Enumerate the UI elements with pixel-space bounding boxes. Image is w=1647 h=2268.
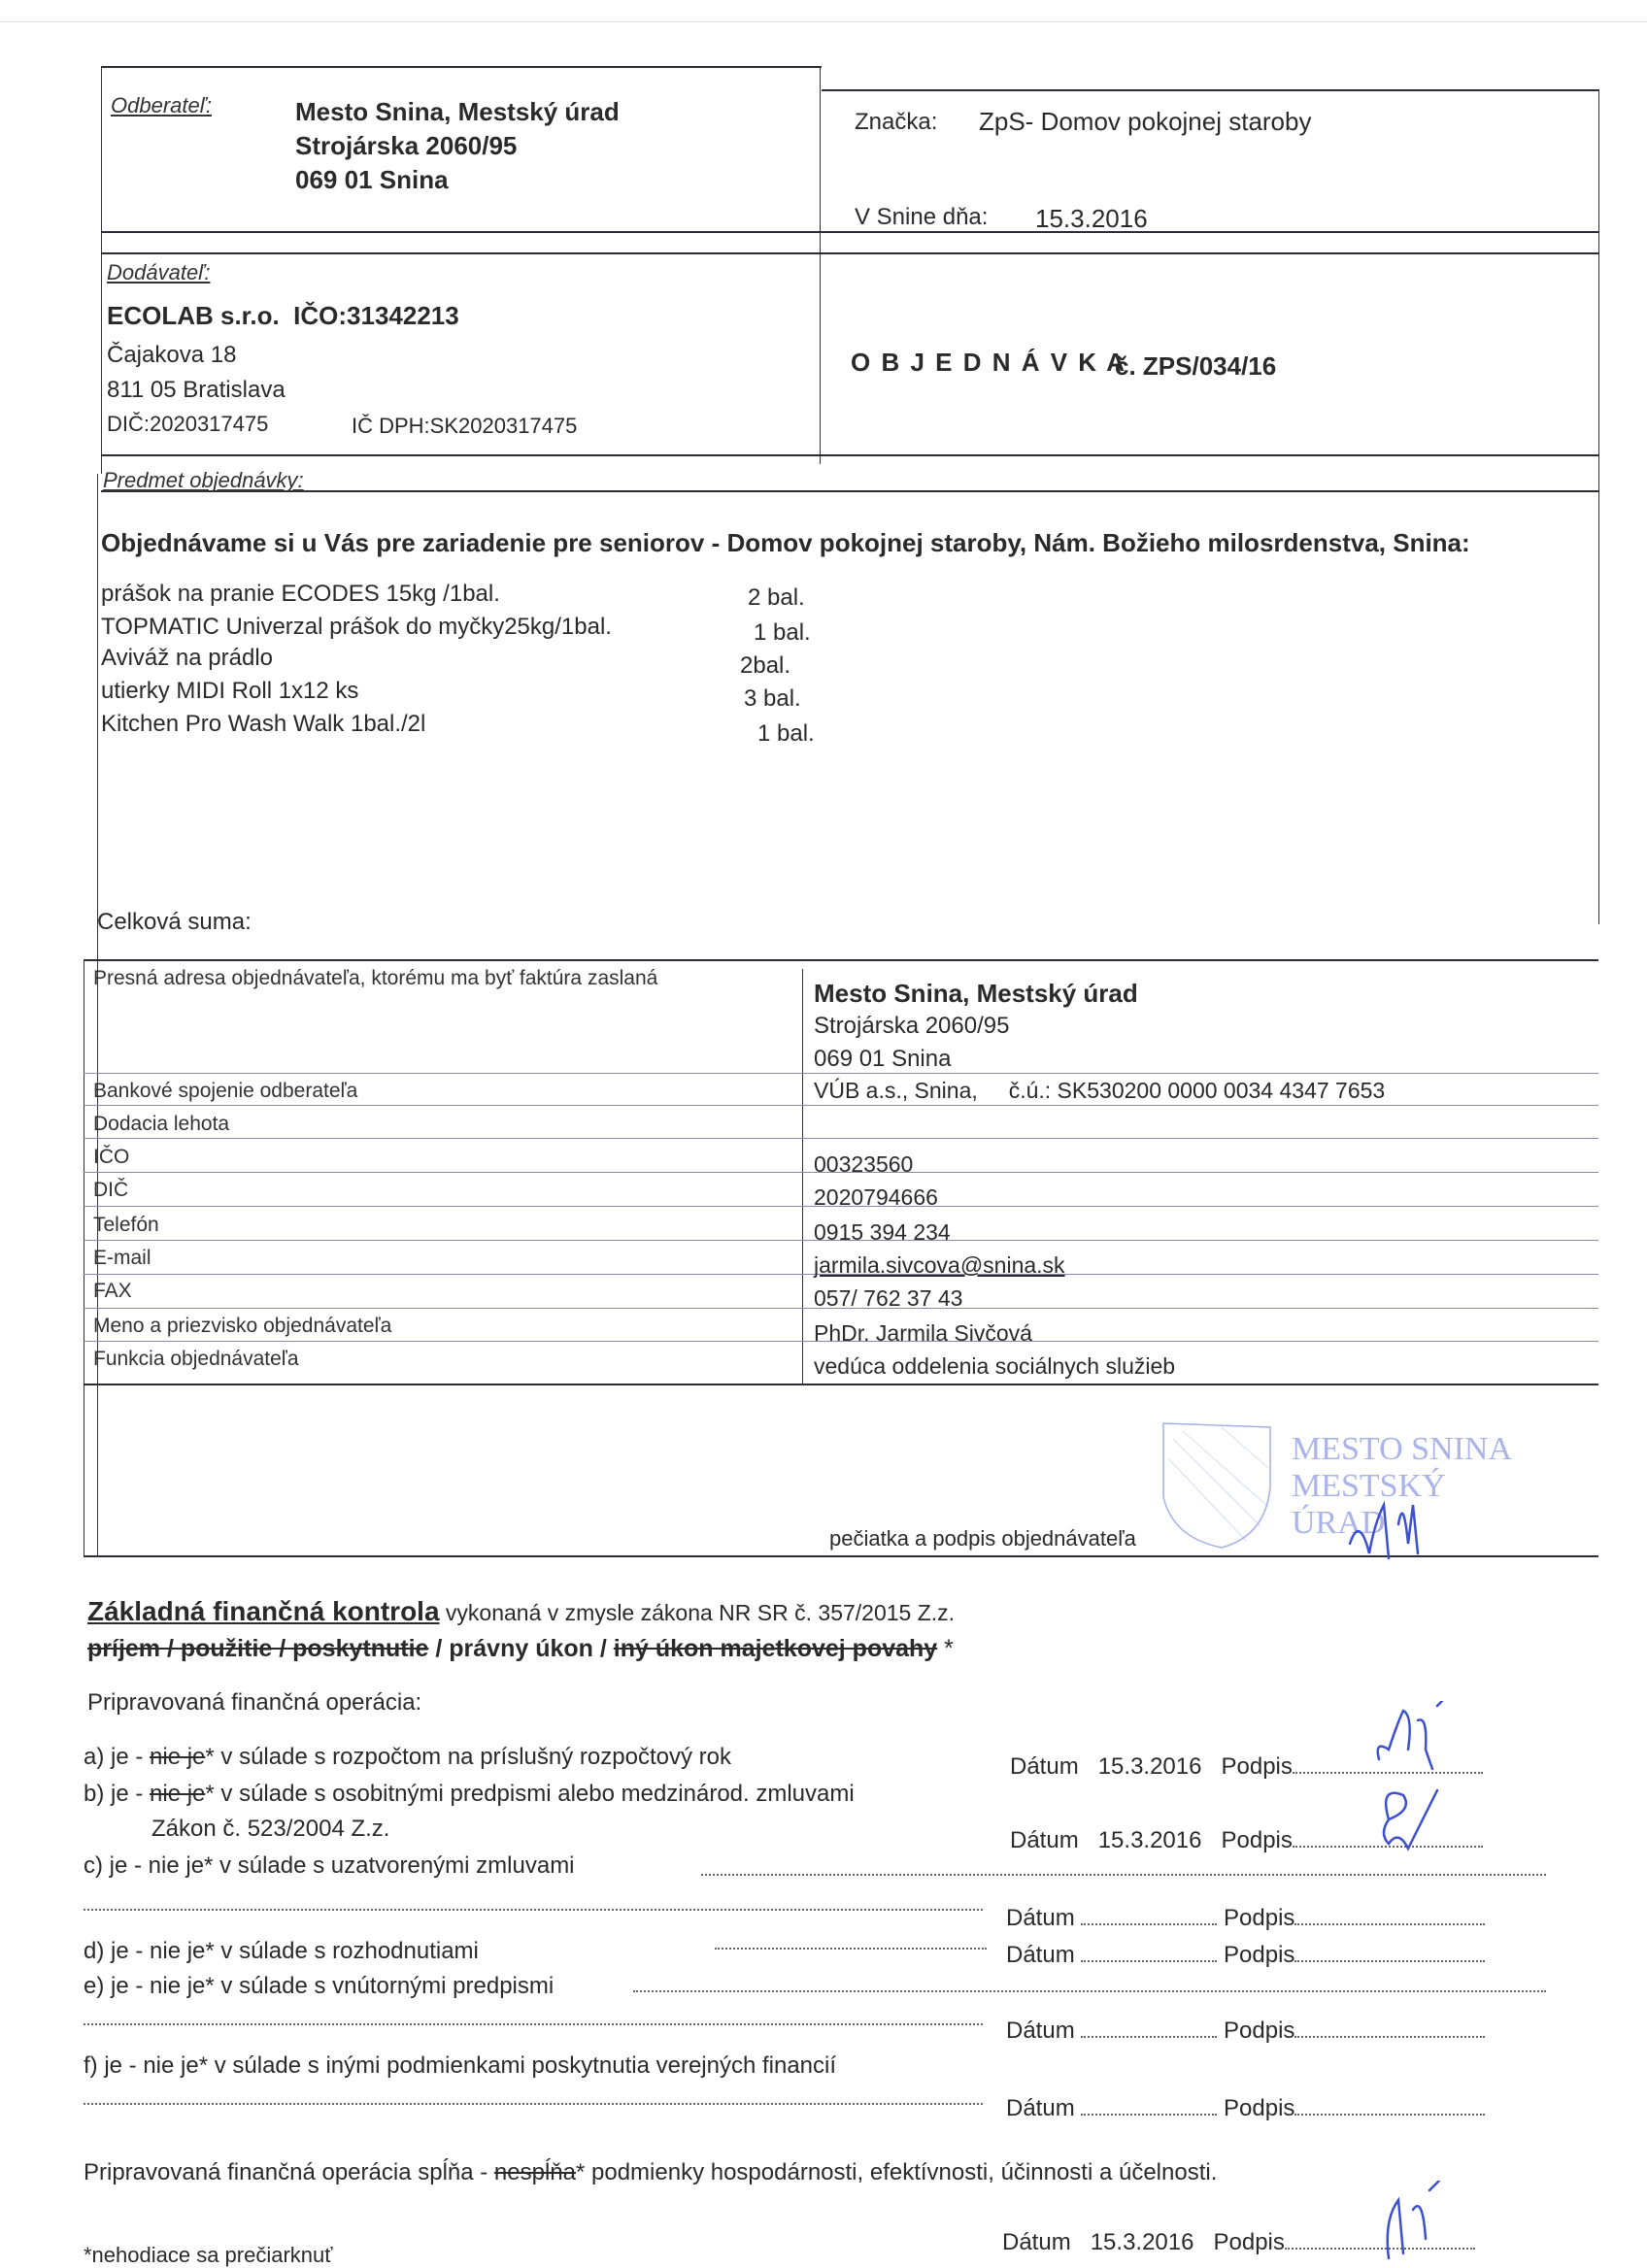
date-line[interactable]	[1081, 1960, 1217, 1962]
final-statement: Pripravovaná finančná operácia spĺňa - n…	[84, 2159, 1217, 2186]
order-intro: Objednávame si u Vás pre zariadenie pre …	[101, 528, 1470, 558]
buyer-street: Strojárska 2060/95	[295, 129, 620, 163]
item-qty: 2bal.	[740, 652, 790, 680]
sign-label: Podpis	[1224, 2018, 1294, 2044]
mark-value: ZpS- Domov pokojnej staroby	[979, 107, 1311, 137]
item-name: utierky MIDI Roll 1x12 ks	[101, 678, 358, 705]
dotted-line[interactable]	[84, 2103, 983, 2105]
row-value: 0915 394 234	[814, 1219, 951, 1246]
dotted-line[interactable]	[701, 1874, 1546, 1876]
row-value: vedúca oddelenia sociálnych služieb	[814, 1353, 1175, 1380]
invoice-address-name: Mesto Snina, Mestský úrad	[814, 977, 1138, 1010]
buyer-label: Odberateľ:	[111, 93, 212, 118]
mark-label: Značka:	[855, 109, 937, 136]
buyer-name: Mesto Snina, Mestský úrad	[295, 95, 620, 129]
control-item-b-law: Zákon č. 523/2004 Z.z.	[151, 1816, 389, 1843]
date-value: 15.3.2016	[1091, 2229, 1194, 2255]
date-value: 15.3.2016	[1098, 1753, 1202, 1780]
struck-text: iný úkon majetkovej povahy	[614, 1635, 937, 1662]
row-label: Meno a priezvisko objednávateľa	[93, 1315, 391, 1338]
supplier-city: 811 05 Bratislava	[107, 377, 286, 404]
stamp-line: MESTO SNINA	[1292, 1431, 1532, 1468]
control-item-c: c) je - nie je* v súlade s uzatvorenými …	[84, 1852, 575, 1880]
row-label: FAX	[93, 1280, 132, 1303]
control-heading: Základná finančná kontrola vykonaná v zm…	[87, 1596, 955, 1627]
total-label: Celková suma:	[97, 909, 252, 936]
date-line[interactable]	[1081, 1923, 1217, 1925]
sign-label: Podpis	[1222, 1827, 1293, 1853]
date-label: Dátum	[1006, 2018, 1075, 2044]
item-name: prášok na pranie ECODES 15kg /1bal.	[101, 581, 500, 608]
supplier-label: Dodávateľ:	[107, 260, 210, 285]
row-label: Telefón	[93, 1214, 159, 1237]
control-title: Základná finančná kontrola	[87, 1596, 440, 1626]
row-value: 057/ 762 37 43	[814, 1285, 962, 1312]
signature-icon	[1360, 1781, 1476, 1858]
row-label: IČO	[93, 1146, 129, 1169]
signature-line[interactable]	[1294, 1923, 1485, 1925]
supplier-dic: DIČ:2020317475	[107, 412, 268, 437]
control-sign-f: Dátum Podpis	[1006, 2095, 1485, 2122]
item-qty: 1 bal.	[754, 619, 811, 647]
date-value: 15.3.2016	[1035, 204, 1148, 234]
signature-line[interactable]	[1294, 2114, 1485, 2116]
kept-text: / právny úkon /	[428, 1635, 613, 1662]
signature-icon	[1360, 1701, 1476, 1779]
row-value: 2020794666	[814, 1184, 938, 1211]
invoice-address-label: Presná adresa objednávateľa, ktorému ma …	[93, 967, 657, 990]
date-label: Dátum	[1002, 2229, 1071, 2255]
row-label: Bankové spojenie odberateľa	[93, 1080, 357, 1103]
asterisk: *	[937, 1635, 954, 1662]
sign-label: Podpis	[1222, 1753, 1293, 1780]
control-types: príjem / použitie / poskytnutie / právny…	[87, 1635, 954, 1663]
row-label: E-mail	[93, 1247, 151, 1270]
control-law: vykonaná v zmysle zákona NR SR č. 357/20…	[440, 1600, 956, 1625]
item-name: TOPMATIC Univerzal prášok do myčky25kg/1…	[101, 614, 612, 641]
struck-text: príjem / použitie / poskytnutie	[87, 1635, 428, 1662]
invoice-address-street: Strojárska 2060/95	[814, 1010, 1138, 1043]
subject-label: Predmet objednávky:	[103, 468, 304, 493]
dotted-line[interactable]	[84, 1909, 983, 1911]
signature-line[interactable]	[1294, 1960, 1485, 1962]
item-qty: 2 bal.	[748, 584, 805, 612]
control-item-a: a) je - nie je* v súlade s rozpočtom na …	[84, 1744, 731, 1771]
row-value: PhDr. Jarmila Sivčová	[814, 1320, 1032, 1347]
item-name: Kitchen Pro Wash Walk 1bal./2l	[101, 711, 425, 738]
email-link[interactable]: jarmila.sivcova@snina.sk	[814, 1252, 1065, 1279]
buyer-address: Mesto Snina, Mestský úrad Strojárska 206…	[295, 95, 620, 197]
date-line[interactable]	[1081, 2036, 1217, 2038]
sign-label: Podpis	[1224, 2095, 1294, 2121]
control-sign-c: Dátum Podpis	[1006, 1905, 1485, 1932]
date-value: 15.3.2016	[1098, 1827, 1202, 1853]
dotted-line[interactable]	[84, 2023, 983, 2025]
item-name: Aviváž na prádlo	[101, 645, 273, 672]
sign-label: Podpis	[1214, 2229, 1285, 2255]
invoice-address: Mesto Snina, Mestský úrad Strojárska 206…	[814, 977, 1138, 1076]
item-qty: 3 bal.	[744, 685, 801, 713]
row-value: 00323560	[814, 1151, 913, 1178]
supplier-name: ECOLAB s.r.o. IČO:31342213	[107, 301, 459, 331]
dotted-line[interactable]	[633, 1990, 1546, 1992]
row-label: Dodacia lehota	[93, 1113, 229, 1136]
control-item-b: b) je - nie je* v súlade s osobitnými pr…	[84, 1781, 855, 1808]
supplier-street: Čajakova 18	[107, 342, 236, 369]
sign-label: Podpis	[1224, 1942, 1294, 1968]
date-label: Dátum	[1006, 1905, 1075, 1931]
date-label: Dátum	[1006, 1942, 1075, 1968]
sign-label: Podpis	[1224, 1905, 1294, 1931]
signature-icon	[1340, 1485, 1476, 1573]
control-item-f: f) je - nie je* v súlade s inými podmien…	[84, 2052, 836, 2080]
date-label: V Snine dňa:	[855, 204, 988, 231]
item-qty: 1 bal.	[757, 720, 815, 748]
control-item-d: d) je - nie je* v súlade s rozhodnutiami	[84, 1938, 479, 1965]
order-number: č. ZPS/034/16	[1115, 351, 1276, 382]
signature-icon	[1369, 2181, 1466, 2268]
page-top-rule	[0, 21, 1647, 22]
control-item-e: e) je - nie je* v súlade s vnútornými pr…	[84, 1973, 554, 2000]
date-line[interactable]	[1081, 2114, 1217, 2116]
date-label: Dátum	[1010, 1753, 1079, 1780]
operation-label: Pripravovaná finančná operácia:	[87, 1689, 421, 1717]
dotted-line[interactable]	[715, 1948, 987, 1950]
footnote: *nehodiace sa prečiarknuť	[84, 2243, 333, 2268]
supplier-ic-dph: IČ DPH:SK2020317475	[352, 414, 577, 439]
row-label: Funkcia objednávateľa	[93, 1348, 299, 1371]
invoice-address-city: 069 01 Snina	[814, 1043, 1138, 1076]
control-sign-d: Dátum Podpis	[1006, 1942, 1485, 1969]
row-value: VÚB a.s., Snina, č.ú.: SK530200 0000 003…	[814, 1078, 1385, 1104]
order-title: O B J E D N Á V K A	[851, 348, 1126, 378]
date-label: Dátum	[1006, 2095, 1075, 2121]
control-sign-e: Dátum Podpis	[1006, 2018, 1485, 2045]
signature-line[interactable]	[1294, 2036, 1485, 2038]
date-label: Dátum	[1010, 1827, 1079, 1853]
buyer-city: 069 01 Snina	[295, 163, 620, 197]
row-label: DIČ	[93, 1179, 128, 1202]
